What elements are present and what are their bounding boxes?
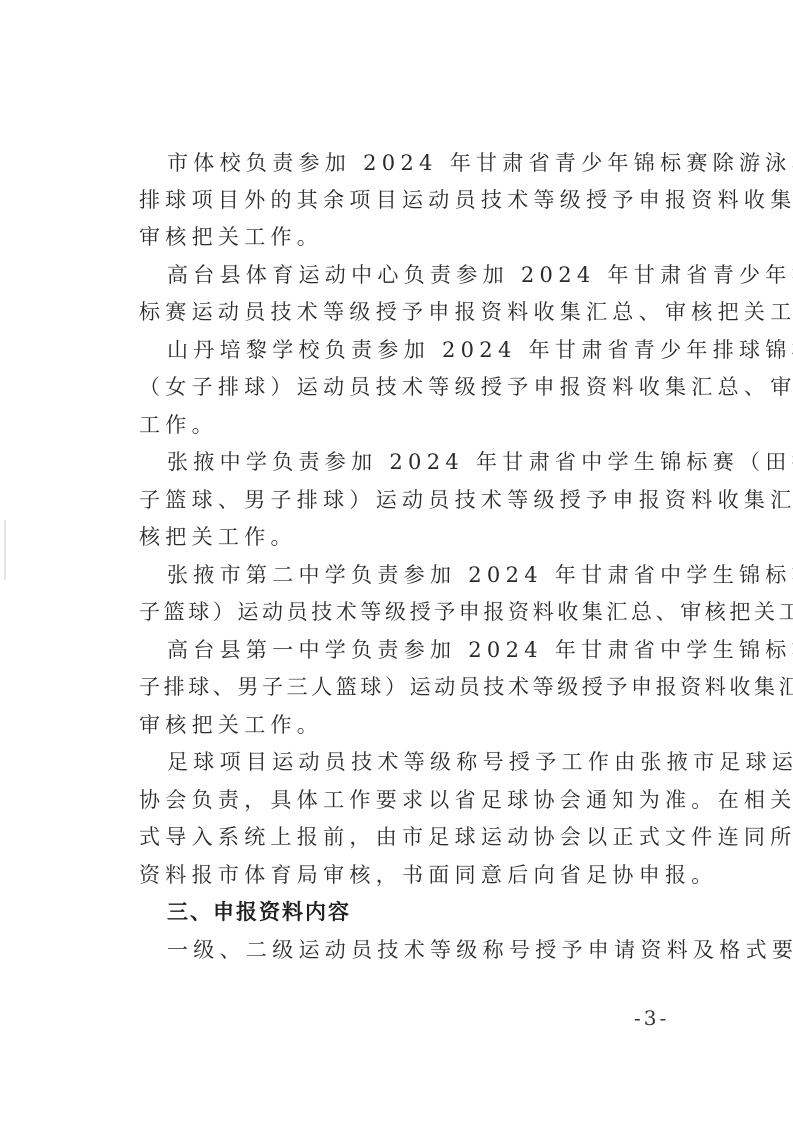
paragraph-gaotai-no1-middle-school-line: 高台县第一中学负责参加 2024 年甘肃省中学生锦标赛（女 [167,635,699,665]
paragraph-football-line: 协会负责，具体工作要求以省足球协会通知为准。在相关数据正 [139,785,699,815]
paragraph-gaotai-no1-middle-school-line: 子排球、男子三人篮球）运动员技术等级授予申报资料收集汇总、 [139,672,699,702]
section-heading: 三、申报资料内容 [167,897,699,927]
paragraph-shandan-peili-school-line: （女子排球）运动员技术等级授予申报资料收集汇总、审核把关 [139,372,699,402]
paragraph-football-line: 资料报市体育局审核，书面同意后向省足协申报。 [139,860,699,890]
paragraph-city-sports-school-line: 审核把关工作。 [139,222,699,252]
paragraph-football-line: 足球项目运动员技术等级称号授予工作由张掖市足球运动 [167,747,699,777]
paragraph-shandan-peili-school-line: 山丹培黎学校负责参加 2024 年甘肃省青少年排球锦标赛 [167,335,699,365]
document-page: 市体校负责参加 2024 年甘肃省青少年锦标赛除游泳、女子 排球项目外的其余项目… [0,0,793,1121]
paragraph-gaotai-sports-center-line: 标赛运动员技术等级授予申报资料收集汇总、审核把关工作。 [139,297,699,327]
paragraph-football-line: 式导入系统上报前，由市足球运动协会以正式文件连同所有申报 [139,822,699,852]
paragraph-zhangye-middle-school-line: 核把关工作。 [139,522,699,552]
paragraph-zhangye-no2-middle-school-line: 子篮球）运动员技术等级授予申报资料收集汇总、审核把关工作。 [139,597,699,627]
paragraph-city-sports-school-line: 排球项目外的其余项目运动员技术等级授予申报资料收集汇总、 [139,185,699,215]
section-intro: 一级、二级运动员技术等级称号授予申请资料及格式要求： [167,935,699,965]
paragraph-gaotai-no1-middle-school-line: 审核把关工作。 [139,710,699,740]
scan-artifact [4,520,6,580]
paragraph-zhangye-no2-middle-school-line: 张掖市第二中学负责参加 2024 年甘肃省中学生锦标赛（女 [167,560,699,590]
paragraph-zhangye-middle-school-line: 子篮球、男子排球）运动员技术等级授予申报资料收集汇总、审 [139,485,699,515]
paragraph-zhangye-middle-school-line: 张掖中学负责参加 2024 年甘肃省中学生锦标赛（田径、男 [167,447,699,477]
page-number: -3- [634,1005,669,1031]
paragraph-shandan-peili-school-line: 工作。 [139,410,699,440]
paragraph-city-sports-school-line: 市体校负责参加 2024 年甘肃省青少年锦标赛除游泳、女子 [167,148,699,178]
paragraph-gaotai-sports-center-line: 高台县体育运动中心负责参加 2024 年甘肃省青少年游泳锦 [167,260,699,290]
